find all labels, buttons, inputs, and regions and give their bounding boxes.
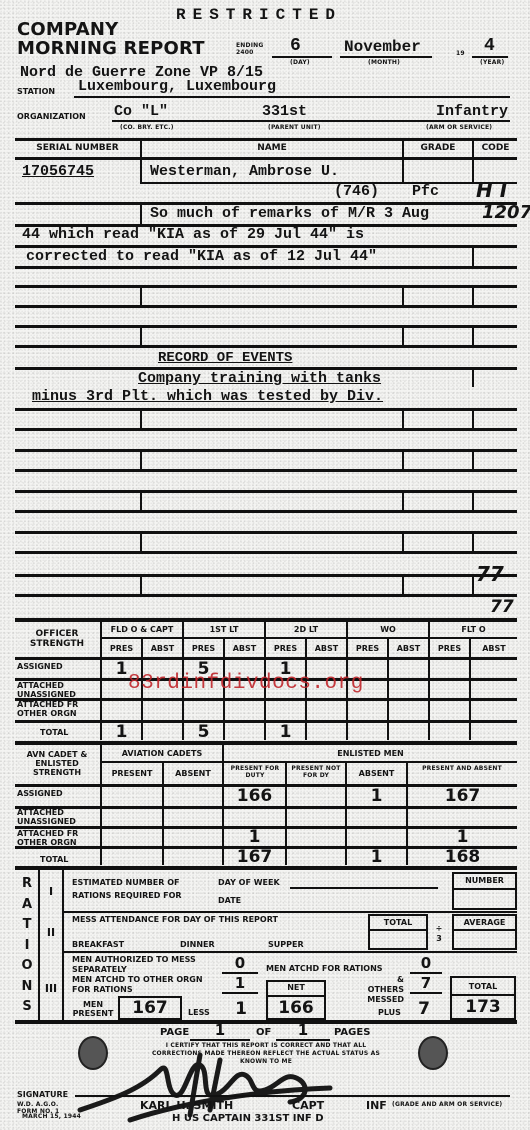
organization-label: ORGANIZATION xyxy=(17,112,86,121)
officer-total-1stlt-pres: 5 xyxy=(184,722,223,742)
signer-name: KARL H. SMITH xyxy=(140,1099,233,1112)
station-field: Luxembourg, Luxembourg xyxy=(74,78,510,98)
form-title-company: COMPANY xyxy=(17,20,118,39)
enlisted-row-total-label: TOTAL xyxy=(40,855,68,864)
atchd-for-rations-value: 0 xyxy=(410,954,442,974)
supper-label: SUPPER xyxy=(268,940,304,949)
rations-letter: O xyxy=(18,956,36,977)
rations-letter: S xyxy=(18,997,36,1018)
others-messed-label: & OTHERS MESSED xyxy=(364,975,404,1005)
date-year-value: 4 xyxy=(484,36,495,56)
rations-sec2-label: MESS ATTENDANCE FOR DAY OF THIS REPORT xyxy=(72,915,278,924)
remark-line-2: 44 which read "KIA as of 29 Jul 44" is xyxy=(22,226,364,243)
less-label: LESS xyxy=(188,1008,210,1017)
day-of-week-label: DAY OF WEEK xyxy=(218,878,280,887)
rations-total-label: TOTAL xyxy=(452,982,514,991)
atchd-for-rations-label: MEN ATCHD FOR RATIONS xyxy=(266,964,383,973)
rations-side-label: R A T I O N S xyxy=(18,874,36,1018)
atchd-other-value: 1 xyxy=(222,974,258,994)
enlisted-attached-present-and-absent: 1 xyxy=(408,827,517,847)
officer-total-2dlt-pres: 1 xyxy=(266,722,305,742)
serial-number-value: 17056745 xyxy=(22,163,94,180)
officer-row-attached-unassigned-label: ATTACHED UNASSIGNED xyxy=(17,681,97,699)
events-line-2: minus 3rd Plt. which was tested by Div. xyxy=(32,388,383,405)
officer-total-fld-pres: 1 xyxy=(102,722,141,742)
signer-caption: (GRADE AND ARM OR SERVICE) xyxy=(392,1101,502,1108)
col-avn-present: PRESENT xyxy=(102,769,162,778)
enlisted-row-attached-unassigned-label: ATTACHED UNASSIGNED xyxy=(17,808,97,826)
atchd-other-label: MEN ATCHD TO OTHER ORGN FOR RATIONS xyxy=(72,975,222,995)
year-prefix: 19 xyxy=(456,50,465,57)
sub-abst-4: ABST xyxy=(389,644,428,653)
sub-abst-1: ABST xyxy=(143,644,182,653)
date-day-field: 6 xyxy=(272,36,332,58)
date-month-field: November xyxy=(340,36,432,58)
year-caption: (YEAR) xyxy=(480,59,504,66)
margin-mark-2: 77 xyxy=(490,597,514,617)
name-value: Westerman, Ambrose U. xyxy=(150,163,339,180)
plus-label: PLUS xyxy=(378,1008,401,1017)
group-enlisted-men: ENLISTED MEN xyxy=(224,749,517,758)
officer-row-attached-other-label: ATTACHED FR OTHER ORGN xyxy=(17,700,97,718)
mess-separately-label: MEN AUTHORIZED TO MESS SEPARATELY xyxy=(72,955,222,975)
org-arm-caption: (ARM OR SERVICE) xyxy=(426,124,492,131)
form-title-morning-report: MORNING REPORT xyxy=(17,39,205,58)
divide-by-three: ÷ 3 xyxy=(432,924,446,944)
page-label: PAGE xyxy=(160,1027,189,1038)
sub-abst-3: ABST xyxy=(307,644,346,653)
station-label: STATION xyxy=(17,87,55,96)
signer-line2: H US CAPTAIN 331ST INF D xyxy=(172,1113,324,1124)
station-value: Luxembourg, Luxembourg xyxy=(78,78,276,95)
col-enl-absent: ABSENT xyxy=(347,769,406,778)
col-code: CODE xyxy=(474,143,517,153)
record-of-events-title: RECORD OF EVENTS xyxy=(158,350,292,366)
enlisted-assigned-present-for-duty: 166 xyxy=(224,786,285,806)
mos-value: (746) xyxy=(334,183,379,200)
signer-arm: INF xyxy=(366,1099,387,1112)
number-label: NUMBER xyxy=(454,876,515,885)
enlisted-total-present-and-absent: 168 xyxy=(408,847,517,867)
col-present-not-for-duty: PRESENT NOT FOR DY xyxy=(288,765,344,779)
month-caption: (MONTH) xyxy=(368,59,400,66)
page-value: 1 xyxy=(190,1021,250,1041)
sub-pres-1: PRES xyxy=(102,644,141,653)
enlisted-assigned-absent: 1 xyxy=(347,786,406,806)
group-aviation-cadets: AVIATION CADETS xyxy=(102,749,222,758)
officer-group-flt-o: FLT O xyxy=(430,625,517,634)
officer-group-2d-lt: 2D LT xyxy=(266,625,346,634)
sub-abst-2: ABST xyxy=(225,644,264,653)
col-present-and-absent: PRESENT AND ABSENT xyxy=(410,765,514,772)
form-date: MARCH 15, 1944 xyxy=(22,1113,81,1120)
enlisted-assigned-present-and-absent: 167 xyxy=(408,786,517,806)
mess-separately-value: 0 xyxy=(222,954,258,974)
classification-stamp: RESTRICTED xyxy=(176,6,342,24)
pages-value: 1 xyxy=(276,1021,330,1041)
officer-group-wo: WO xyxy=(348,625,428,634)
col-name: NAME xyxy=(142,143,402,153)
sub-pres-3: PRES xyxy=(266,644,305,653)
dinner-label: DINNER xyxy=(180,940,215,949)
enlisted-row-assigned-label: ASSIGNED xyxy=(17,789,63,798)
officer-row-assigned-label: ASSIGNED xyxy=(17,662,63,671)
rations-letter: N xyxy=(18,977,36,998)
code-handwritten: H I xyxy=(476,178,507,202)
rations-letter: R xyxy=(18,874,36,895)
signature-label: SIGNATURE xyxy=(17,1090,68,1099)
pages-label: PAGES xyxy=(334,1027,370,1038)
others-messed-value: 7 xyxy=(410,974,442,994)
ending-label: ENDING 2400 xyxy=(236,42,264,56)
enlisted-attached-present-for-duty: 1 xyxy=(224,827,285,847)
col-serial-number: SERIAL NUMBER xyxy=(15,143,140,153)
rations-sec2-num: II xyxy=(40,926,62,939)
breakfast-label: BREAKFAST xyxy=(72,940,124,949)
less-value: 1 xyxy=(226,999,256,1019)
watermark: 83rdinfdivdocs.org xyxy=(128,672,364,695)
rations-total-value: 173 xyxy=(452,997,514,1017)
sub-pres-5: PRES xyxy=(430,644,469,653)
men-present-label: MEN PRESENT xyxy=(70,1000,116,1018)
men-present-value: 167 xyxy=(120,998,180,1018)
officer-group-1st-lt: 1ST LT xyxy=(184,625,264,634)
sub-pres-4: PRES xyxy=(348,644,387,653)
margin-mark-1: 77 xyxy=(476,562,504,586)
org-parent-caption: (PARENT UNIT) xyxy=(268,124,321,131)
punch-hole-right xyxy=(418,1036,448,1070)
date-month-value: November xyxy=(344,38,421,56)
organization-field: Co "L" 331st Infantry xyxy=(112,100,510,122)
org-company-value: Co "L" xyxy=(114,103,168,120)
plus-value: 7 xyxy=(408,999,440,1019)
grade-value: Pfc xyxy=(412,183,439,200)
rations-sec1-label: ESTIMATED NUMBER OF RATIONS REQUIRED FOR xyxy=(72,876,206,902)
date-label: DATE xyxy=(218,896,241,905)
sub-abst-5: ABST xyxy=(471,644,517,653)
col-present-for-duty: PRESENT FOR DUTY xyxy=(226,765,284,779)
rations-sec1-num: I xyxy=(40,885,62,898)
enlisted-row-attached-other-label: ATTACHED FR OTHER ORGN xyxy=(17,829,97,847)
day-caption: (DAY) xyxy=(290,59,310,66)
of-label: OF xyxy=(256,1027,271,1038)
rations-sec3-num: III xyxy=(40,982,62,995)
col-grade: GRADE xyxy=(404,143,472,153)
enlisted-total-present-for-duty: 167 xyxy=(224,847,285,867)
date-day-value: 6 xyxy=(290,36,301,56)
org-company-caption: (CO. BRY. ETC.) xyxy=(120,124,174,131)
sub-pres-2: PRES xyxy=(184,644,223,653)
remark-line-1: So much of remarks of M/R 3 Aug xyxy=(150,205,429,222)
average-label: AVERAGE xyxy=(454,918,515,927)
col-avn-absent: ABSENT xyxy=(164,769,222,778)
rations-letter: T xyxy=(18,915,36,936)
rations-letter: I xyxy=(18,936,36,957)
officer-row-total-label: TOTAL xyxy=(40,728,68,737)
remark-line-3: corrected to read "KIA as of 12 Jul 44" xyxy=(26,248,377,265)
remark-code-handwritten: 1207 xyxy=(482,202,530,223)
officer-group-fld-capt: FLD O & CAPT xyxy=(102,625,182,634)
signer-rank: CAPT xyxy=(292,1099,324,1112)
org-parent-value: 331st xyxy=(262,103,307,120)
net-value: 166 xyxy=(268,998,324,1018)
officer-strength-title: OFFICER STRENGTH xyxy=(16,629,98,649)
enlisted-strength-title: AVN CADET & ENLISTED STRENGTH xyxy=(16,750,98,777)
org-arm-value: Infantry xyxy=(436,103,508,120)
enlisted-total-absent: 1 xyxy=(347,847,406,867)
rations-letter: A xyxy=(18,895,36,916)
net-label: NET xyxy=(268,983,324,992)
mess-total-label: TOTAL xyxy=(370,918,426,927)
date-year-field: 4 xyxy=(472,36,508,58)
events-line-1: Company training with tanks xyxy=(138,370,381,387)
